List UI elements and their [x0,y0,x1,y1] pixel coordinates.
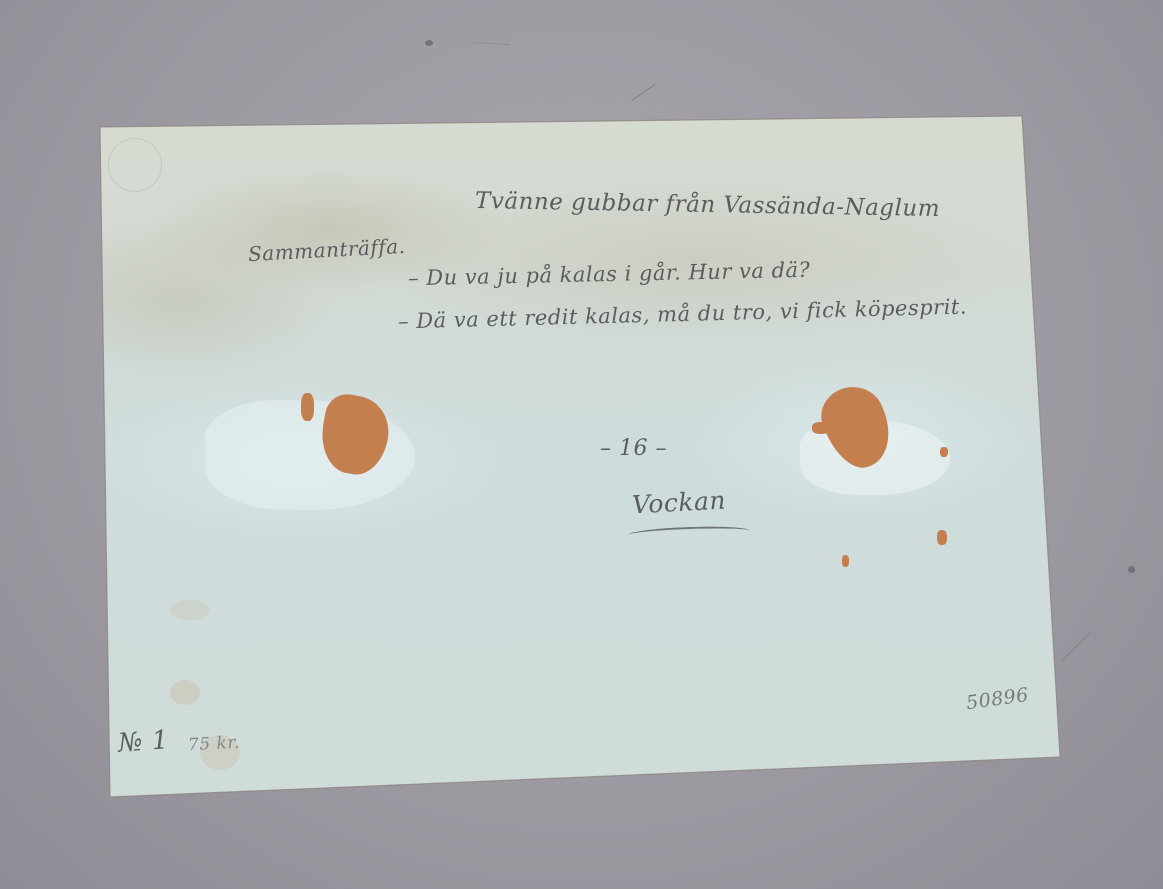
embossed-stamp-mark [108,138,162,192]
water-stain [170,680,200,705]
inventory-number: 50896 [965,684,1030,715]
exposed-card-right-dot [842,555,849,567]
surface-spot [425,40,433,46]
handwritten-signature: Vockan [631,486,726,520]
surface-scratch [632,84,656,101]
surface-scratch [1062,632,1091,661]
price-note: 75 kr. [188,733,241,756]
postcard-back: Tvänne gubbar från Vassända-Naglum Samma… [0,0,1163,889]
exposed-card-right-dot [937,530,947,545]
handwritten-title: Tvänne gubbar från Vassända-Naglum [475,188,940,222]
surface-spot [1128,566,1135,573]
handwritten-dialogue-2: – Dä va ett redit kalas, må du tro, vi f… [398,295,967,334]
exposed-card-right-dot [940,447,948,457]
handwritten-dialogue-1: – Du va ju på kalas i går. Hur va dä? [408,258,811,290]
handwritten-number: – 16 – [600,436,667,461]
catalog-number: № 1 [117,725,170,758]
exposed-card-right-small [812,422,830,434]
handwritten-speaker: Sammanträffa. [247,234,406,266]
water-stain [170,600,210,620]
surface-scratch [470,42,510,45]
signature-underline [628,525,750,541]
exposed-card-left-small [301,393,314,421]
